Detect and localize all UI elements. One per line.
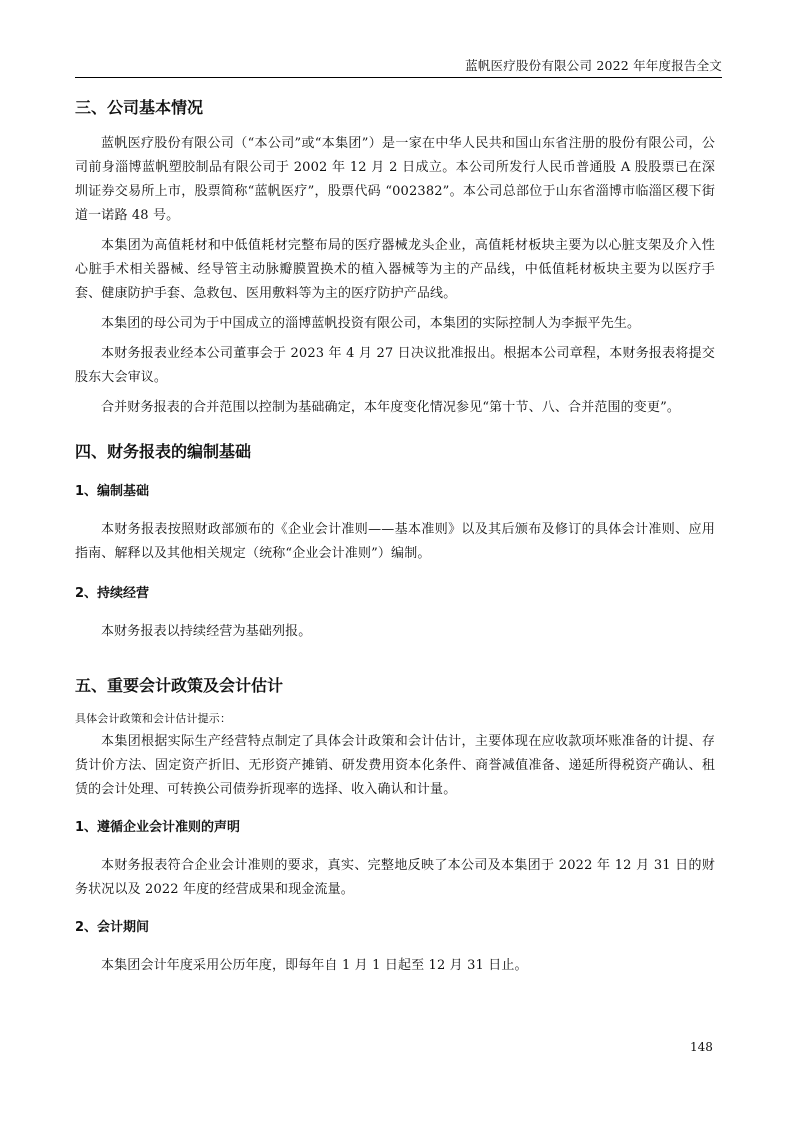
page-header: 蓝帆医疗股份有限公司 2022 年年度报告全文 (75, 56, 722, 78)
s4-sub2-text: 本财务报表以持续经营为基础列报。 (75, 620, 715, 644)
s4-sub1-text: 本财务报表按照财政部颁布的《企业会计准则——基本准则》以及其后颁布及修订的具体会… (75, 518, 715, 566)
s3-paragraph-5: 合并财务报表的合并范围以控制为基础确定，本年度变化情况参见“第十节、八、合并范围… (75, 396, 715, 420)
document-body: 三、公司基本情况 蓝帆医疗股份有限公司（“本公司”或“本集团”）是一家在中华人民… (75, 96, 715, 978)
section-4-title: 四、财务报表的编制基础 (75, 440, 715, 464)
section-5-title: 五、重要会计政策及会计估计 (75, 674, 715, 698)
s3-paragraph-1: 蓝帆医疗股份有限公司（“本公司”或“本集团”）是一家在中华人民共和国山东省注册的… (75, 132, 715, 228)
s5-note: 具体会计政策和会计估计提示： (75, 710, 715, 728)
s3-paragraph-4: 本财务报表业经本公司董事会于 2023 年 4 月 27 日决议批准报出。根据本… (75, 342, 715, 390)
page-number: 148 (690, 1040, 713, 1054)
s4-sub2-title: 2、持续经营 (75, 584, 715, 604)
s5-sub1-title: 1、遵循企业会计准则的声明 (75, 818, 715, 838)
section-3-title: 三、公司基本情况 (75, 96, 715, 120)
s3-paragraph-2: 本集团为高值耗材和中低值耗材完整布局的医疗器械龙头企业，高值耗材板块主要为以心脏… (75, 234, 715, 306)
s5-sub1-text: 本财务报表符合企业会计准则的要求，真实、完整地反映了本公司及本集团于 2022 … (75, 854, 715, 902)
s5-sub2-title: 2、会计期间 (75, 918, 715, 938)
s3-paragraph-3: 本集团的母公司为于中国成立的淄博蓝帆投资有限公司，本集团的实际控制人为李振平先生… (75, 312, 715, 336)
s5-intro: 本集团根据实际生产经营特点制定了具体会计政策和会计估计，主要体现在应收款项坏账准… (75, 730, 715, 802)
s5-sub2-text: 本集团会计年度采用公历年度，即每年自 1 月 1 日起至 12 月 31 日止。 (75, 954, 715, 978)
s4-sub1-title: 1、编制基础 (75, 482, 715, 502)
